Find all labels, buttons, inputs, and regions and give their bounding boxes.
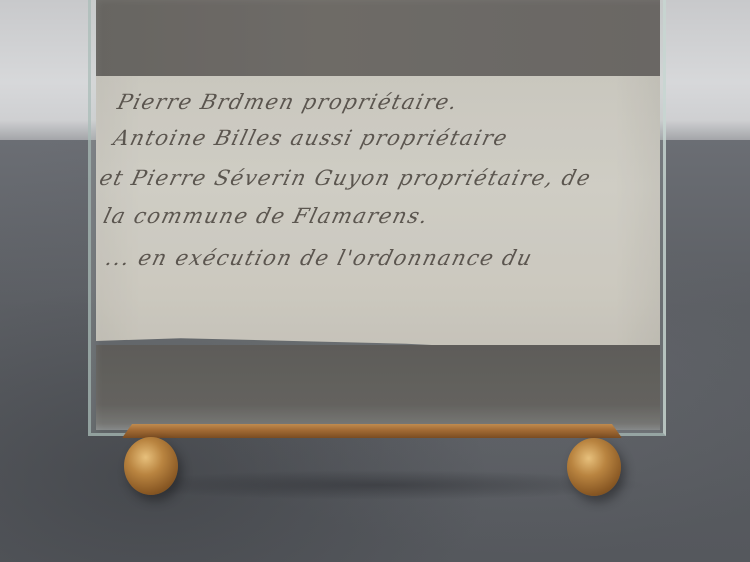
glass-frame bbox=[88, 0, 666, 436]
brass-ball-foot-right bbox=[567, 438, 621, 496]
brass-base-bar bbox=[122, 424, 622, 438]
brass-ball-foot-left bbox=[124, 437, 178, 495]
